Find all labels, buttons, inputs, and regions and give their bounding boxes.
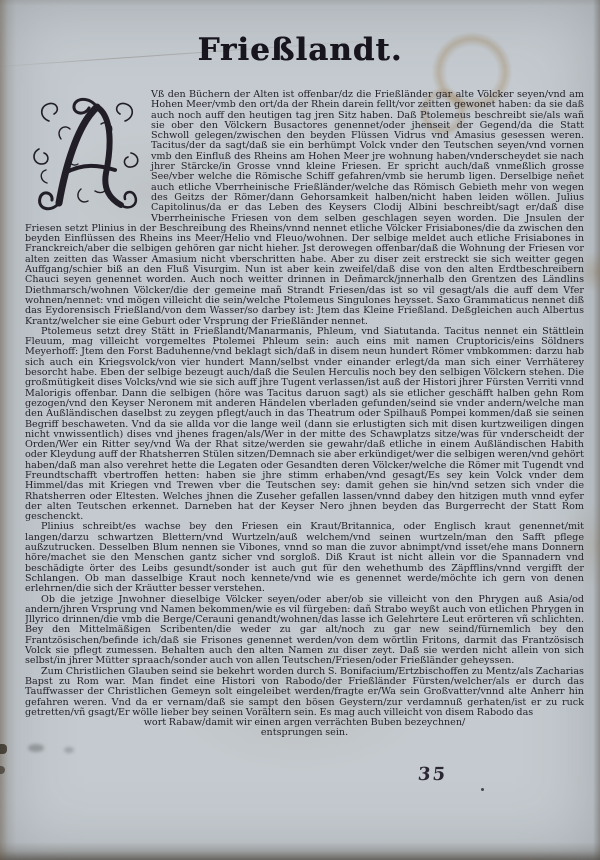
body-text-block: Vß den Büchern der Alten ist offenbar/dz… — [25, 90, 584, 790]
paragraph-2: Ptolemeus setzt drey Stätt in Frießlandt… — [25, 327, 584, 523]
page-paper: Frießlandt. — [0, 0, 600, 860]
ornate-initial-a-icon — [25, 91, 143, 215]
binding-notch — [0, 766, 5, 774]
closing-block: wort Rabaw/damit wir einen argen verräch… — [25, 718, 584, 739]
ink-smudge — [28, 744, 44, 752]
ink-smudge — [64, 747, 74, 753]
paragraph-1: Vß den Büchern der Alten ist offenbar/dz… — [25, 90, 584, 327]
book-page-photo: Frießlandt. — [0, 0, 600, 860]
page-number: 35 — [417, 764, 448, 785]
binding-notch — [0, 744, 7, 754]
closing-line-2: entsprungen sein. — [25, 728, 584, 738]
paragraph-3: Plinius schreibt/es wachse bey den Fries… — [25, 522, 584, 594]
drop-cap-initial — [25, 91, 143, 215]
page-title: Frießlandt. — [0, 32, 600, 68]
paragraph-5: Zum Christlichen Glauben seind sie bekeh… — [25, 667, 584, 718]
ink-speck — [481, 788, 484, 791]
paragraph-4: Ob die jetzige Jnwohner dieselbige Völck… — [25, 595, 584, 667]
